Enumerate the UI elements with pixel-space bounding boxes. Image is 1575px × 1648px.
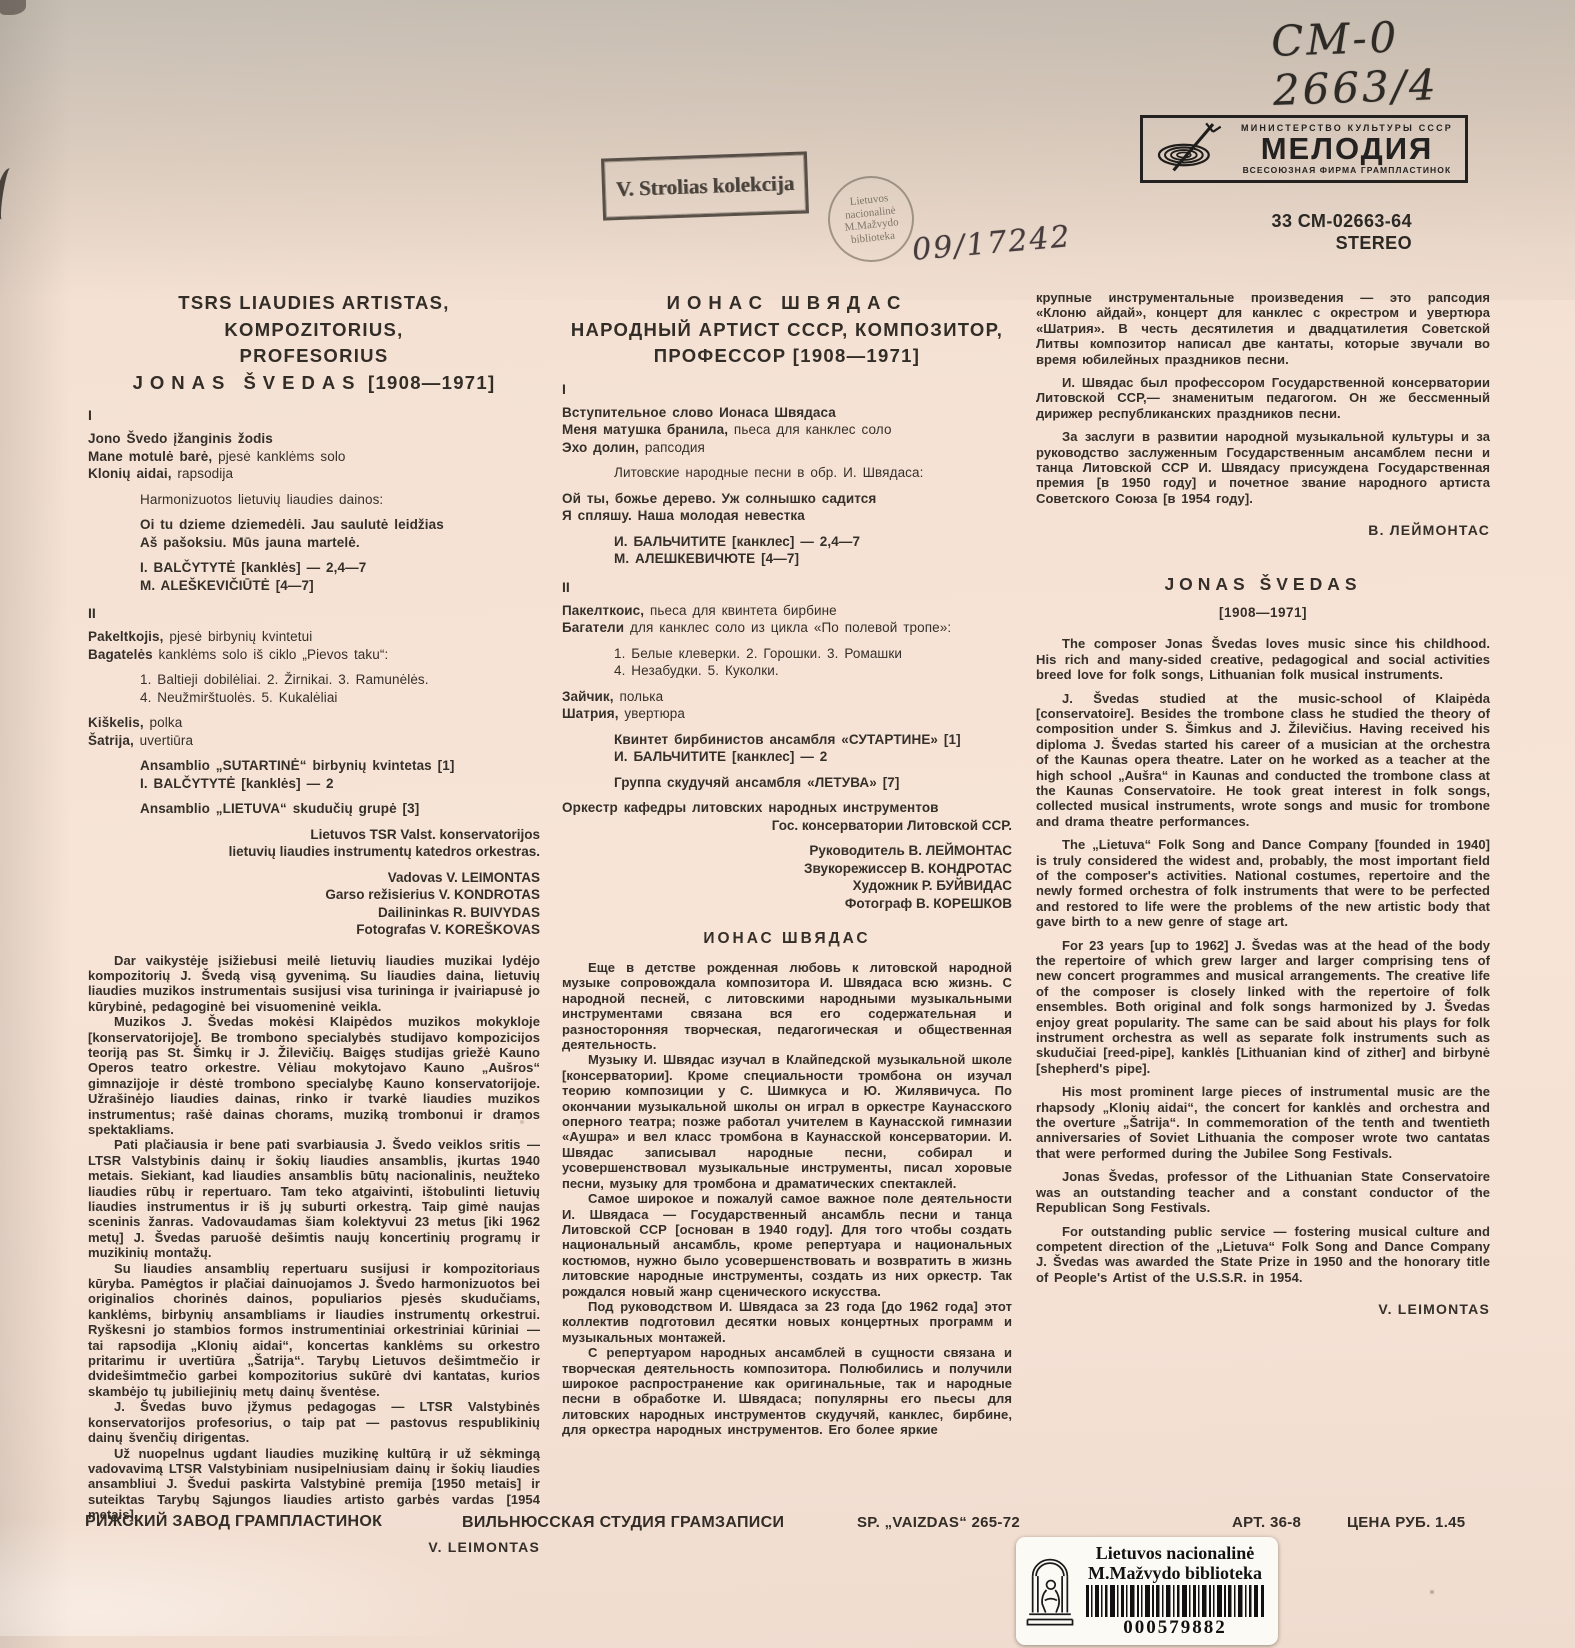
footer-article-number: АРТ. 36-8 <box>1232 1514 1301 1531</box>
ru-title: ИОНАС ШВЯДАС НАРОДНЫЙ АРТИСТ СССР, КОМПО… <box>562 290 1012 370</box>
paragraph: Еще в детстве рожденная любовь к литовск… <box>562 960 1012 1052</box>
track-line: Pakeltkojis, pjesė birbynių kvintetui <box>88 628 540 646</box>
credits: Lietuvos TSR Valst. konservatorijos liet… <box>88 826 540 939</box>
paragraph: Muzikos J. Švedas mokėsi Klaipėdos muzik… <box>88 1014 540 1137</box>
ru-subheading: ИОНАС ШВЯДАС <box>562 930 1012 948</box>
song-line: Я спляшу. Наша молодая невестка <box>562 507 1012 525</box>
performer-line: M. ALEŠKEVIČIŪTĖ [4—7] <box>140 577 540 595</box>
performer-line: И. БАЛЬЧИТИТЕ [канклес] — 2,4—7 <box>614 533 1012 551</box>
lt-biography: Dar vaikystėje įsižiebusi meilė lietuvių… <box>88 953 540 1523</box>
track-note: Литовские народные песни в обр. И. Швяда… <box>614 464 1012 482</box>
ensemble-line: Ansamblio „LIETUVA“ skudučių grupė [3] <box>140 800 540 818</box>
paragraph: Dar vaikystėje įsižiebusi meilė lietuvių… <box>88 953 540 1015</box>
side-two-label: II <box>88 605 540 621</box>
footer-riga-plant: РИЖСКИЙ ЗАВОД ГРАМПЛАСТИНОК <box>85 1513 382 1531</box>
firm-line: ВСЕСОЮЗНАЯ ФИРМА ГРАМПЛАСТИНОК <box>1235 165 1459 175</box>
performer-line: И. БАЛЬЧИТИТЕ [канклес] — 2 <box>614 748 1012 766</box>
collection-stamp: V. Strolias kolekcija <box>601 151 809 220</box>
credits: Гос. консерватории Литовской ССР. Руково… <box>562 817 1012 913</box>
track-line: Вступительное слово Ионаса Швядаса <box>562 404 1012 422</box>
song-line: Ой ты, божье дерево. Уж солнышко садится <box>562 490 1012 508</box>
melodiya-record-icon <box>1143 119 1235 179</box>
paragraph: J. Švedas buvo įžymus pedagogas — LTSR V… <box>88 1399 540 1445</box>
library-name-line2: M.Mažvydo biblioteka <box>1088 1563 1262 1583</box>
track-note: 1. Baltieji dobilėliai. 2. Žirnikai. 3. … <box>140 671 540 689</box>
track-line: Jono Švedo įžanginis žodis <box>88 430 540 448</box>
track-note: 4. Neužmirštuolės. 5. Kukalėliai <box>140 689 540 707</box>
footer-vilnius-studio: ВИЛЬНЮССКАЯ СТУДИЯ ГРАМЗАПИСИ <box>462 1514 784 1532</box>
ru-biography-continued: крупные инструментальные произведения — … <box>1036 290 1490 506</box>
side-one-label: I <box>562 381 1012 397</box>
paragraph: Jonas Švedas, professor of the Lithuania… <box>1036 1169 1490 1215</box>
paragraph: For outstanding public service — fosteri… <box>1036 1224 1490 1286</box>
library-round-stamp: Lietuvos nacionalinė M.Mažvydo bibliotek… <box>824 172 919 267</box>
paragraph: His most prominent large pieces of instr… <box>1036 1084 1490 1161</box>
paragraph: И. Швядас был профессором Государственно… <box>1036 375 1490 421</box>
en-heading: JONAS ŠVEDAS <box>1036 574 1490 595</box>
en-years: [1908—1971] <box>1036 605 1490 620</box>
track-line: Зайчик, полька <box>562 688 1012 706</box>
song-line: Aš pašoksiu. Mūs jauna martelė. <box>140 534 540 552</box>
song-line: Oi tu dzieme dziemedėli. Jau saulutė lei… <box>140 516 540 534</box>
performer-line: I. BALČYTYTĖ [kanklės] — 2,4—7 <box>140 559 540 577</box>
track-line: Багатели для канклес соло из цикла «По п… <box>562 619 1012 637</box>
paragraph: The „Lietuva“ Folk Song and Dance Compan… <box>1036 837 1490 929</box>
paragraph: Pati plačiausia ir bene pati svarbiausia… <box>88 1137 540 1260</box>
scan-shading-left <box>0 0 70 1648</box>
library-statue-icon <box>1024 1543 1080 1641</box>
paper-speck <box>1430 1590 1434 1594</box>
scan-smudge <box>0 0 26 15</box>
en-signature: V. LEIMONTAS <box>1036 1301 1490 1317</box>
orchestra-line: Оркестр кафедры литовских народных инстр… <box>562 799 1012 817</box>
library-barcode-number: 000579882 <box>1123 1617 1227 1639</box>
handwritten-inventory-number: 09/17242 <box>911 219 1073 268</box>
format-label: STEREO <box>1272 232 1412 254</box>
paragraph: For 23 years [up to 1962] J. Švedas was … <box>1036 938 1490 1077</box>
ensemble-line: Группа скудучяй ансамбля «ЛЕТУВА» [7] <box>614 774 1012 792</box>
paragraph: Самое широкое и пожалуй самое важное пол… <box>562 1191 1012 1299</box>
library-name-line1: Lietuvos nacionalinė <box>1096 1543 1255 1563</box>
paragraph: The composer Jonas Švedas loves music si… <box>1036 636 1490 682</box>
catalog-number-block: 33 СМ-02663-64 STEREO <box>1272 210 1412 254</box>
side-one-label: I <box>88 407 540 423</box>
paragraph: Под руководством И. Швядаса за 23 года [… <box>562 1299 1012 1345</box>
paragraph: За заслуги в развитии народной музыкальн… <box>1036 429 1490 506</box>
track-line: Меня матушка бранила, пьеса для канклес … <box>562 421 1012 439</box>
paragraph: С репертуаром народных ансамблей в сущно… <box>562 1345 1012 1437</box>
track-note: Harmonizuotos lietuvių liaudies dainos: <box>140 491 540 509</box>
column-right: крупные инструментальные произведения — … <box>1036 290 1490 1317</box>
track-line: Bagatelės kanklėms solo iš ciklo „Pievos… <box>88 646 540 664</box>
lt-title: TSRS LIAUDIES ARTISTAS, KOMPOZITORIUS, P… <box>88 290 540 396</box>
track-line: Шатрия, увертюра <box>562 705 1012 723</box>
barcode-icon <box>1086 1585 1264 1617</box>
column-lithuanian: TSRS LIAUDIES ARTISTAS, KOMPOZITORIUS, P… <box>88 290 540 1555</box>
melodiya-wordmark: МЕЛОДИЯ <box>1235 133 1459 165</box>
en-biography: The composer Jonas Švedas loves music si… <box>1036 636 1490 1285</box>
footer-printer: SP. „VAIZDAS“ 265-72 <box>857 1514 1020 1531</box>
ru-signature: В. ЛЕЙМОНТАС <box>1036 522 1490 538</box>
track-line: Эхо долин, рапсодия <box>562 439 1012 457</box>
paragraph: Už nuopelnus ugdant liaudies muzikinę ku… <box>88 1446 540 1523</box>
performer-line: I. BALČYTYTĖ [kanklės] — 2 <box>140 775 540 793</box>
footer-price: ЦЕНА РУБ. 1.45 <box>1347 1514 1465 1531</box>
track-line: Kiškelis, polka <box>88 714 540 732</box>
ensemble-line: Квинтет бирбинистов ансамбля «СУТАРТИНЕ»… <box>614 731 1012 749</box>
track-note: 1. Белые клеверки. 2. Горошки. 3. Ромашк… <box>614 645 1012 663</box>
track-note: 4. Незабудки. 5. Куколки. <box>614 662 1012 680</box>
paragraph: J. Švedas studied at the music-school of… <box>1036 691 1490 830</box>
track-line: Šatrija, uvertiūra <box>88 732 540 750</box>
library-barcode-label: Lietuvos nacionalinė M.Mažvydo bibliotek… <box>1016 1537 1278 1645</box>
handwritten-catalog-number: CM-0 2663/4 <box>1270 7 1553 115</box>
paragraph: крупные инструментальные произведения — … <box>1036 290 1490 367</box>
melodiya-logo-box: МИНИСТЕРСТВО КУЛЬТУРЫ СССР МЕЛОДИЯ ВСЕСО… <box>1140 115 1468 183</box>
performer-line: М. АЛЕШКЕВИЧЮТЕ [4—7] <box>614 550 1012 568</box>
paragraph: Музыку И. Швядас изучал в Клайпедской му… <box>562 1052 1012 1191</box>
track-line: Klonių aidai, rapsodija <box>88 465 540 483</box>
record-sleeve-back: CM-0 2663/4 МИНИСТЕРСТВО КУЛЬТУРЫ СССР М… <box>0 0 1575 1648</box>
lt-signature: V. LEIMONTAS <box>88 1539 540 1555</box>
paragraph: Su liaudies ansamblių repertuaru susijus… <box>88 1261 540 1400</box>
track-line: Mane motulė barė, pjesė kanklėms solo <box>88 448 540 466</box>
side-two-label: II <box>562 579 1012 595</box>
ink-edge-mark <box>0 167 19 221</box>
column-russian: ИОНАС ШВЯДАС НАРОДНЫЙ АРТИСТ СССР, КОМПО… <box>562 290 1012 1438</box>
track-line: Пакелткоис, пьеса для квинтета бирбине <box>562 602 1012 620</box>
catalog-number: 33 СМ-02663-64 <box>1272 210 1412 232</box>
ensemble-line: Ansamblio „SUTARTINĖ“ birbynių kvintetas… <box>140 757 540 775</box>
ru-biography: Еще в детстве рожденная любовь к литовск… <box>562 960 1012 1438</box>
